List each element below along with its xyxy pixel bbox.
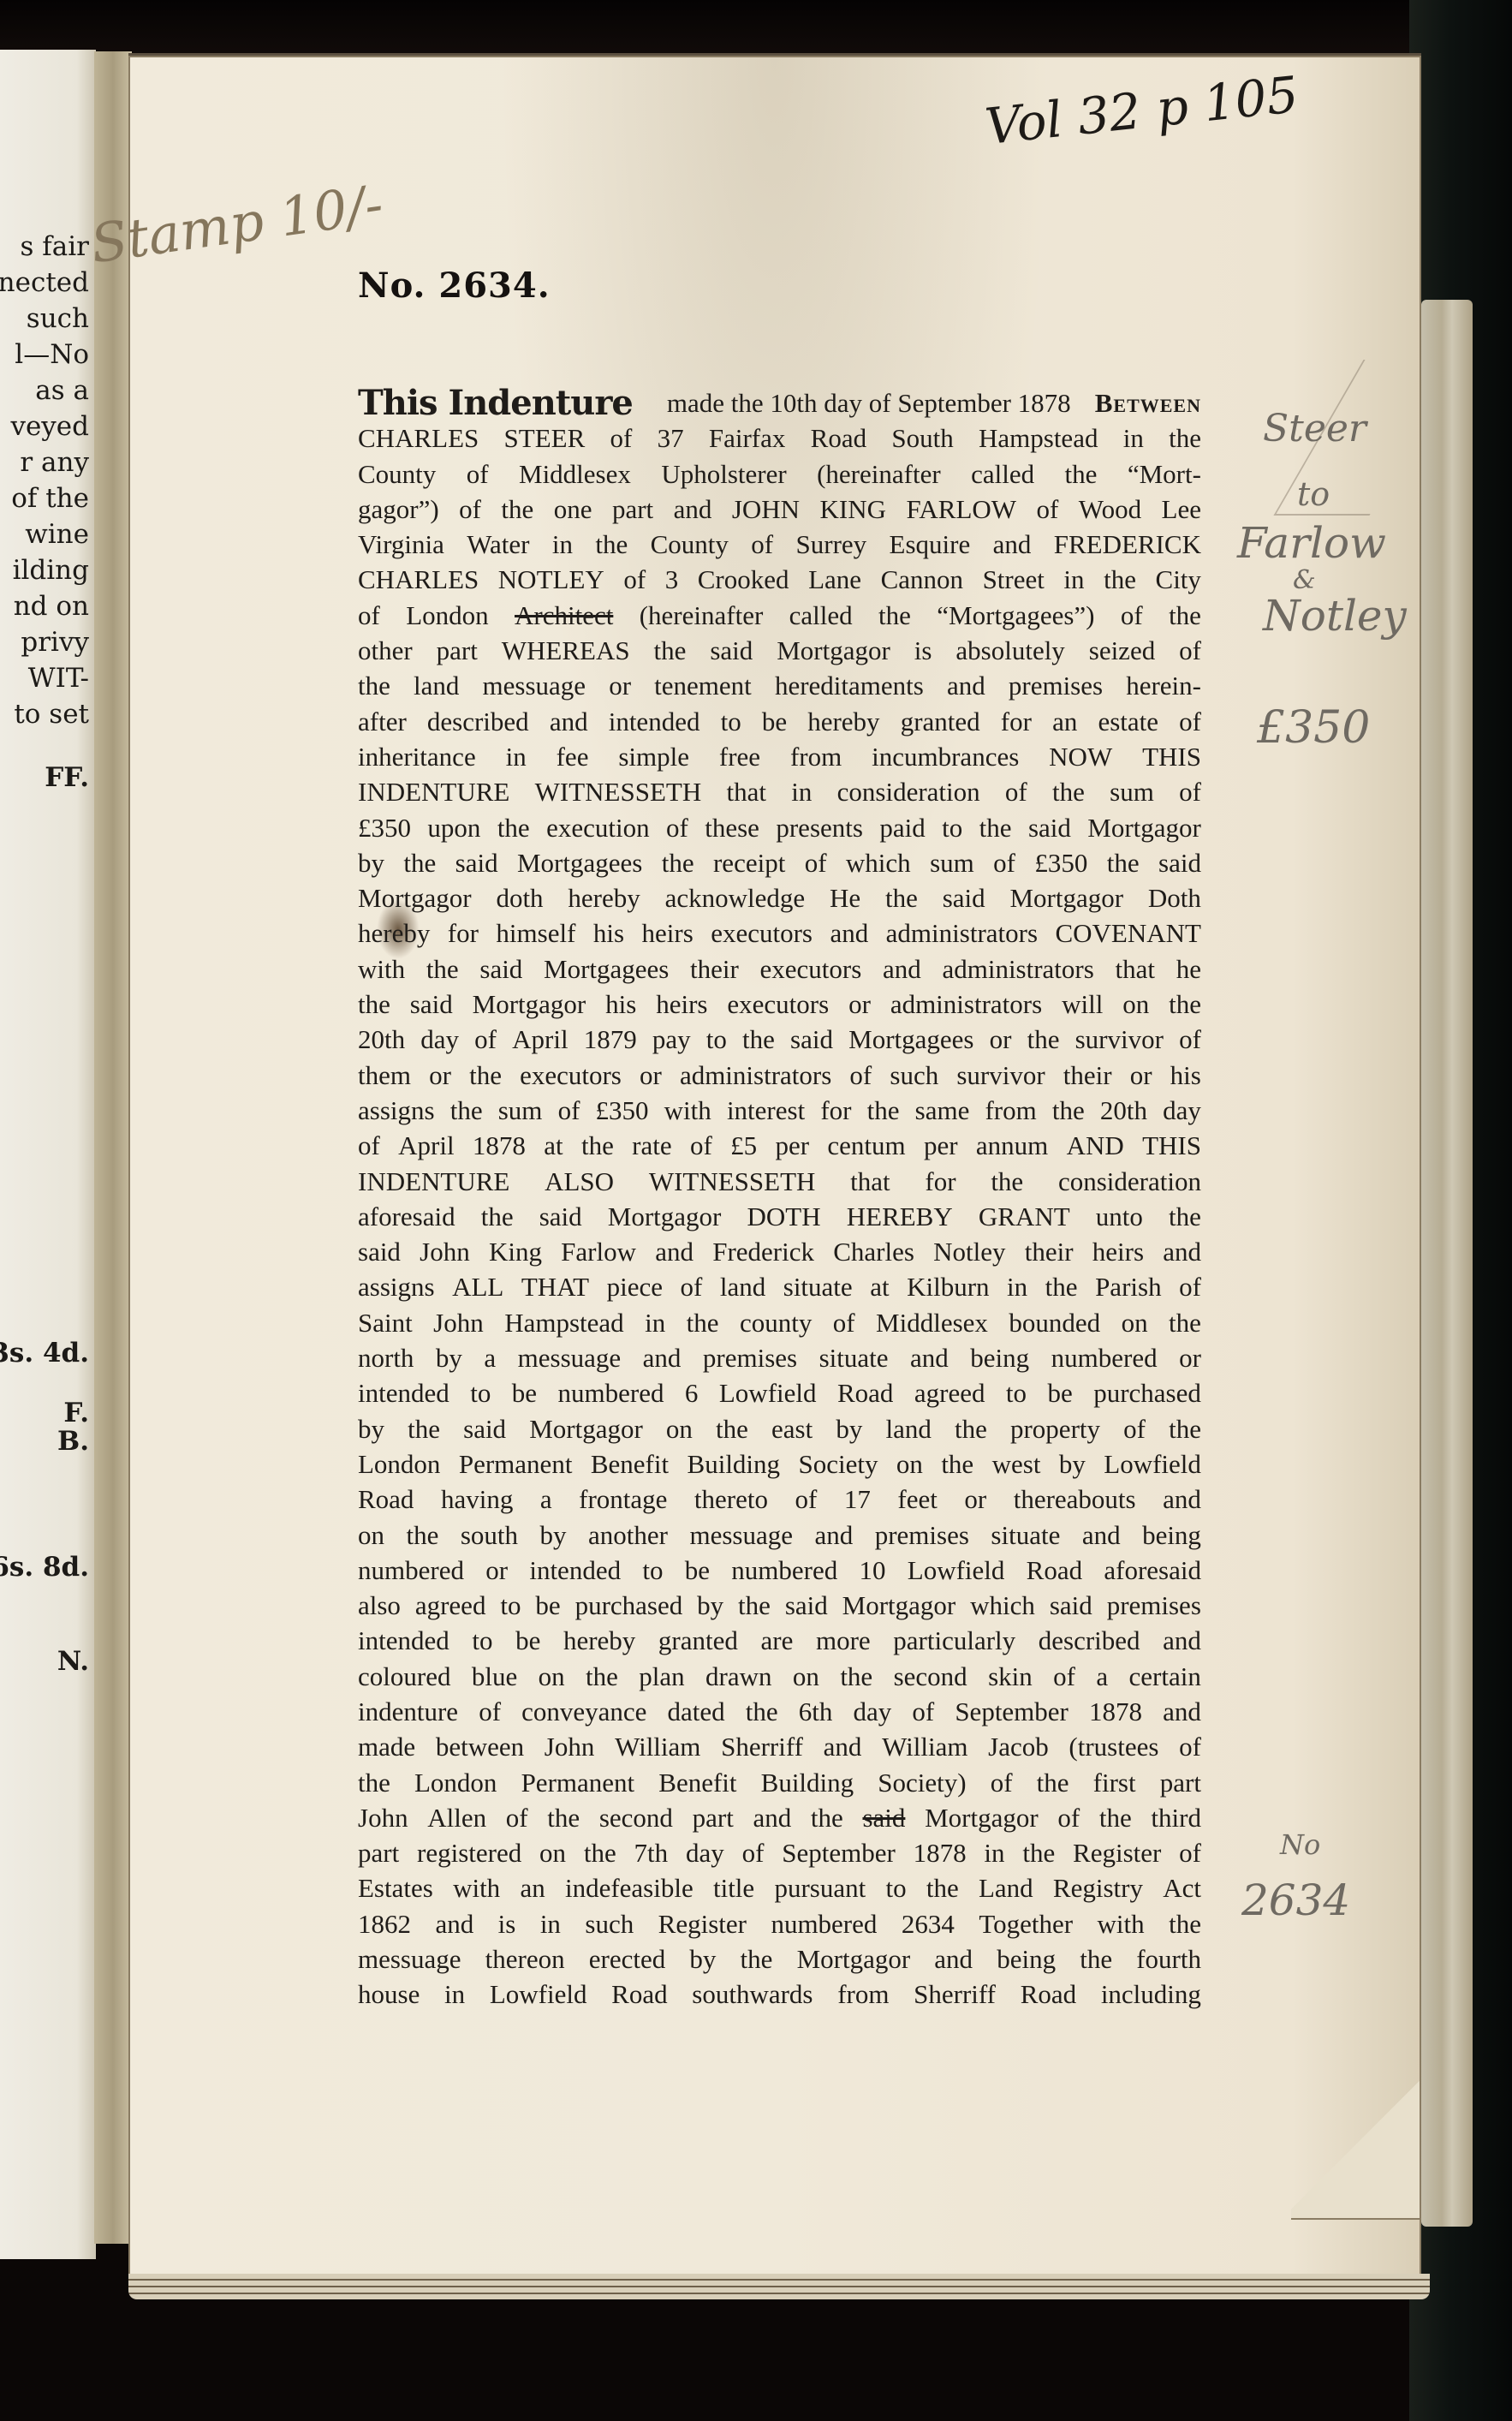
- left-page-text: of the: [11, 483, 89, 514]
- indenture-line: intendedtobenumbered6LowfieldRoadagreedt…: [358, 1375, 1201, 1410]
- left-page-text: privy: [21, 627, 89, 658]
- indenture-line: partregisteredonthe7thdayofSeptember1878…: [358, 1835, 1201, 1870]
- book-binding-top: [0, 0, 1512, 60]
- indenture-line: madebetweenJohnWilliamSherriffandWilliam…: [358, 1729, 1201, 1764]
- margin-amount: £350: [1257, 702, 1370, 754]
- indenture-line: CHARLESSTEERof37FairfaxRoadSouthHampstea…: [358, 420, 1201, 456]
- indenture-line: £350upontheexecutionofthesepresentspaidt…: [358, 810, 1201, 845]
- left-page-text: 6s. 8d.: [0, 1552, 89, 1583]
- opening-blackletter: This Indenture: [358, 385, 633, 420]
- opening-date: made the 10th day of September 1878: [667, 385, 1071, 420]
- indenture-line: CHARLESNOTLEYof3CrookedLaneCannonStreeti…: [358, 562, 1201, 597]
- page-gutter: [94, 51, 132, 2244]
- margin-no-value: 2634: [1241, 1875, 1350, 1925]
- left-page-text: nected: [0, 267, 89, 298]
- indenture-line: themortheexecutorsoradministratorsofsuch…: [358, 1058, 1201, 1093]
- indenture-line: otherpartWHEREASthesaidMortgagorisabsolu…: [358, 633, 1201, 668]
- indenture-line: VirginiaWaterintheCountyofSurreyEsquirea…: [358, 527, 1201, 562]
- indenture-line: Estateswithanindefeasibletitlepursuantto…: [358, 1870, 1201, 1905]
- margin-party-farlow: Farlow: [1237, 518, 1386, 568]
- indenture-line: colouredblueontheplandrawnonthesecondski…: [358, 1659, 1201, 1694]
- indenture-line: INDENTUREWITNESSETHthatinconsiderationof…: [358, 774, 1201, 809]
- left-page-text: wine: [25, 519, 89, 550]
- margin-no-label: No: [1280, 1828, 1320, 1861]
- cloth-repair-tape: [1421, 300, 1473, 2227]
- left-page-text: 3s. 4d.: [0, 1338, 89, 1369]
- indenture-line: numberedorintendedtobenumbered10Lowfield…: [358, 1553, 1201, 1588]
- left-page-text: such: [27, 303, 89, 334]
- margin-party-notley: Notley: [1263, 591, 1407, 641]
- left-page-text: F.: [63, 1398, 89, 1428]
- left-page-text: ilding: [13, 555, 89, 586]
- indenture-line: onthesouthbyanothermessuageandpremisessi…: [358, 1518, 1201, 1553]
- left-page-text: to set: [14, 699, 89, 730]
- left-page-text: FF.: [45, 762, 89, 793]
- indenture-line: assignsALLTHATpieceoflandsituateatKilbur…: [358, 1269, 1201, 1304]
- indenture-line: aforesaidthesaidMortgagorDOTHHEREBYGRANT…: [358, 1199, 1201, 1234]
- indenture-line: ofApril1878attherateof£5percentumperannu…: [358, 1128, 1201, 1163]
- indenture-line: INDENTUREALSOWITNESSETHthatfortheconside…: [358, 1164, 1201, 1199]
- margin-party-steer: Steer: [1263, 407, 1366, 450]
- indenture-line: theLondonPermanentBenefitBuildingSociety…: [358, 1765, 1201, 1800]
- indenture-line: 20thdayofApril1879paytothesaidMortgagees…: [358, 1022, 1201, 1057]
- indenture-line: saidJohnKingFarlowandFrederickCharlesNot…: [358, 1234, 1201, 1269]
- indenture-line: gagor”)oftheonepartandJOHNKINGFARLOWofWo…: [358, 492, 1201, 527]
- opening-line: This Indenture made the 10th day of Sept…: [358, 385, 1201, 420]
- indenture-line: MortgagordothherebyacknowledgeHethesaidM…: [358, 880, 1201, 915]
- indenture-line: herebyforhimselfhisheirsexecutorsandadmi…: [358, 915, 1201, 951]
- left-page-text: nd on: [14, 591, 89, 622]
- page-stack-edge: [128, 2274, 1430, 2299]
- indenture-line: messuagethereonerectedbytheMortgagorandb…: [358, 1941, 1201, 1977]
- margin-party-to: to: [1297, 475, 1330, 513]
- indenture-line: northbyamessuageandpremisessituateandbei…: [358, 1340, 1201, 1375]
- folded-corner: [1291, 2072, 1420, 2220]
- indenture-line: thelandmessuageortenementhereditamentsan…: [358, 668, 1201, 703]
- left-page-text: r any: [20, 447, 89, 478]
- indenture-line: 1862andisinsuchRegisternumbered2634Toget…: [358, 1906, 1201, 1941]
- indenture-line: Roadhavingafrontagetheretoof17feetorther…: [358, 1482, 1201, 1517]
- left-page-text: WIT-: [28, 663, 89, 694]
- indenture-line: LondonPermanentBenefitBuildingSocietyont…: [358, 1446, 1201, 1482]
- opening-between: Between: [1095, 385, 1201, 420]
- indenture-line: bythesaidMortgageesthereceiptofwhichsumo…: [358, 845, 1201, 880]
- indenture-line: thesaidMortgagorhisheirsexecutorsoradmin…: [358, 987, 1201, 1022]
- indenture-text: This Indenture made the 10th day of Sept…: [358, 385, 1201, 2013]
- indenture-line: inheritanceinfeesimplefreefromincumbranc…: [358, 739, 1201, 774]
- left-page-text: veyed: [10, 411, 89, 442]
- indenture-line: ofLondonArchitect(hereinaftercalledthe“M…: [358, 598, 1201, 633]
- indenture-line: intendedtobeherebygrantedaremoreparticul…: [358, 1623, 1201, 1658]
- register-number: No. 2634.: [358, 265, 551, 306]
- indenture-line: assignsthesumof£350withinterestforthesam…: [358, 1093, 1201, 1128]
- left-page-text: B.: [57, 1426, 89, 1457]
- indenture-line: afterdescribedandintendedtobeherebygrant…: [358, 704, 1201, 739]
- indenture-line: SaintJohnHampsteadinthecountyofMiddlesex…: [358, 1305, 1201, 1340]
- indenture-line: CountyofMiddlesexUpholsterer(hereinafter…: [358, 456, 1201, 492]
- indenture-line: JohnAllenofthesecondpartandthesaidMortga…: [358, 1800, 1201, 1835]
- indenture-line: indentureofconveyancedatedthe6thdayofSep…: [358, 1694, 1201, 1729]
- indenture-line: bythesaidMortgagorontheeastbylandtheprop…: [358, 1411, 1201, 1446]
- left-page-text: N.: [57, 1646, 89, 1677]
- left-page-text: s fair: [21, 231, 89, 262]
- scanned-register-spread: s fairnectedsuchl—Noas aveyedr anyof the…: [0, 0, 1512, 2421]
- indenture-line: houseinLowfieldRoadsouthwardsfromSherrif…: [358, 1977, 1201, 2012]
- left-page-text: l—No: [15, 339, 89, 370]
- indenture-line: alsoagreedtobepurchasedbythesaidMortgago…: [358, 1588, 1201, 1623]
- left-page-fragment: s fairnectedsuchl—Noas aveyedr anyof the…: [0, 50, 96, 2259]
- left-page-text: as a: [35, 375, 89, 406]
- indenture-line: withthesaidMortgageestheirexecutorsandad…: [358, 951, 1201, 987]
